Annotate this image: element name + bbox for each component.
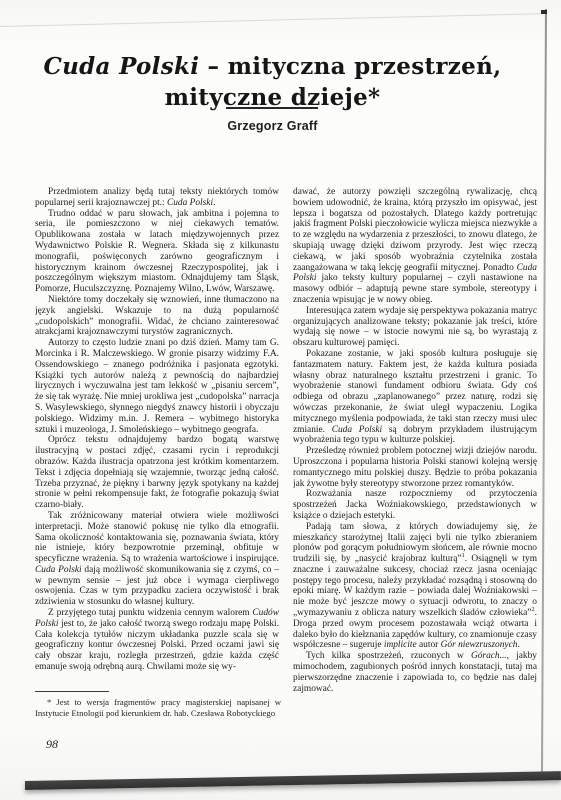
paragraph: Niektóre tomy doczekały się wznowień, in… [35, 295, 279, 338]
paragraph: Autorzy to często ludzie znani po dziś d… [35, 338, 279, 435]
paragraph: Pokazane zostanie, w jaki sposób kultura… [293, 349, 537, 446]
paragraph: Interesująca zatem wydaje się perspektyw… [293, 306, 537, 349]
footnote-divider [35, 691, 109, 692]
paragraph: Z przyjętego tutaj punktu widzenia cenny… [35, 608, 279, 673]
scanned-page: Cuda Polski – mityczna przestrzeń, mityc… [0, 0, 561, 800]
paragraph: Tak zróżnicowany materiał otwiera wiele … [35, 511, 279, 608]
title-line-1: Cuda Polski – mityczna przestrzeń, [8, 51, 537, 82]
page-number: 98 [46, 737, 58, 752]
title-divider [226, 107, 318, 109]
footnote-text: * Jest to wersja fragmentów pracy magist… [35, 697, 281, 718]
footnote: * Jest to wersja fragmentów pracy magist… [35, 691, 281, 718]
column-left: Przedmiotem analizy będą tutaj teksty ni… [35, 187, 279, 689]
paragraph: dawać, że autorzy powzięli szczególną ry… [293, 187, 537, 306]
title-series-name: Cuda Polski [44, 53, 200, 80]
paragraph: Padają tam słowa, z których dowiadujemy … [293, 522, 537, 652]
column-right: dawać, że autorzy powzięli szczególną ry… [293, 187, 537, 743]
paragraph: Rozważania nasze rozpoczniemy od przytoc… [293, 489, 537, 521]
title-line1-rest: – mityczna przestrzeń, [199, 53, 501, 80]
paragraph: Prześledzę również problem potocznej wiz… [293, 446, 537, 489]
author-name: Grzegorz Graff [8, 119, 537, 133]
paragraph: Trudno oddać w paru słowach, jak ambitna… [35, 209, 279, 295]
article-title: Cuda Polski – mityczna przestrzeń, mityc… [8, 51, 537, 113]
scan-corner-mark [541, 10, 547, 14]
paragraph: Przedmiotem analizy będą tutaj teksty ni… [35, 187, 279, 209]
paragraph: Tych kilka spostrzeżeń, rzuconych w Góra… [293, 651, 537, 694]
paragraph: Oprócz tekstu odnajdujemy bardzo bogatą … [35, 435, 279, 511]
article-body: Przedmiotem analizy będą tutaj teksty ni… [35, 187, 538, 743]
